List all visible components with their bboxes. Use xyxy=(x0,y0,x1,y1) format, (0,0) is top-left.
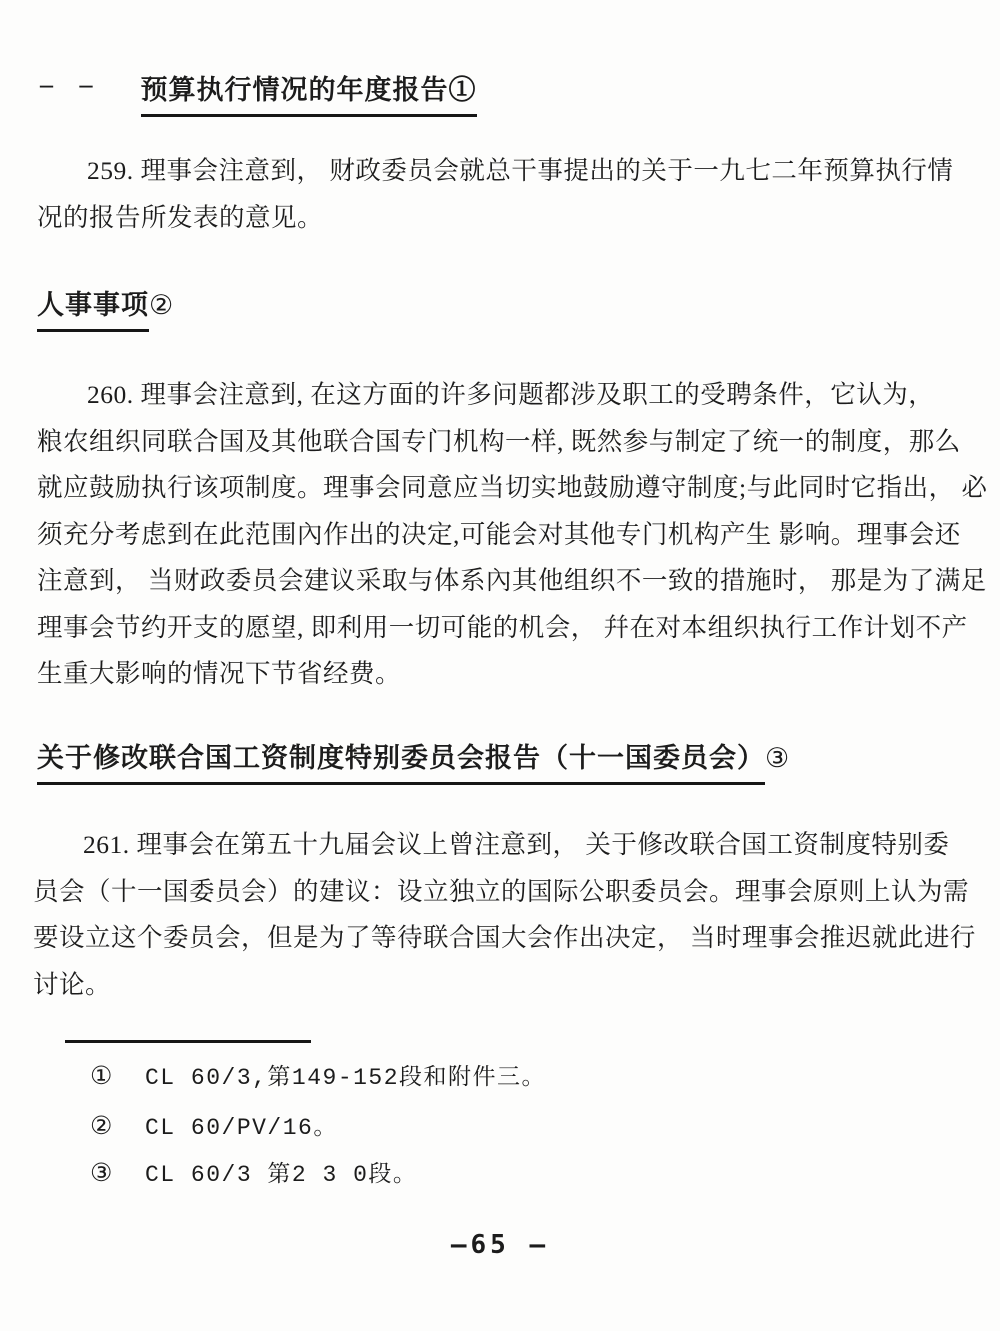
footnote-3: ③CL 60/3 第2 3 0段。 xyxy=(90,1155,417,1188)
paragraph-261: 261. 理事会在第五十九届会议上曾注意到， 关于修改联合国工资制度特别委 员会… xyxy=(33,822,963,1008)
footnote-ref-2: ② xyxy=(149,290,174,320)
paragraph-260: 260. 理事会注意到, 在这方面的许多问题都涉及职工的受聘条件，它认为， 粮农… xyxy=(37,372,967,698)
heading-personnel-title: 人事事项 xyxy=(37,283,149,332)
footnote-ref-3: ③ xyxy=(765,743,790,773)
footnote-1-marker: ① xyxy=(90,1061,145,1091)
heading-salary-title: 关于修改联合国工资制度特别委员会报告（十一国委员会） xyxy=(37,736,765,785)
text-line: 注意到， 当财政委员会建议采取与体系內其他组织不一致的措施时， 那是为了满足 xyxy=(37,558,967,605)
text-line: 生重大影响的情况下节省经费。 xyxy=(37,651,967,698)
footnote-2: ②CL 60/PV/16。 xyxy=(90,1108,338,1141)
heading-budget-report: – –预算执行情况的年度报告① xyxy=(40,68,477,117)
heading-dash-marks: – – xyxy=(40,70,103,100)
paragraph-259: 259. 理事会注意到， 财政委员会就总干事提出的关于一九七二年预算执行情 况的… xyxy=(37,148,967,241)
footnote-1: ①CL 60/3,第149-152段和附件三。 xyxy=(90,1058,546,1091)
text-line: 理事会节约开支的愿望, 即利用一切可能的机会， 幷在对本组织执行工作计划不产 xyxy=(37,605,967,652)
text-line: 员会（十一国委员会）的建议：设立独立的国际公职委员会。理事会原则上认为需 xyxy=(33,869,963,916)
heading-personnel-matters: 人事事项② xyxy=(37,283,174,332)
footnote-2-marker: ② xyxy=(90,1111,145,1141)
document-page: – –预算执行情况的年度报告① 259. 理事会注意到， 财政委员会就总干事提出… xyxy=(0,0,1000,1331)
text-line: 粮农组织同联合国及其他联合国专门机构一样, 既然参与制定了统一的制度，那么 xyxy=(37,419,967,466)
footnote-3-marker: ③ xyxy=(90,1158,145,1188)
text-line: 261. 理事会在第五十九届会议上曾注意到， 关于修改联合国工资制度特别委 xyxy=(33,822,963,869)
text-line: 讨论。 xyxy=(33,962,963,1009)
footnote-3-text: CL 60/3 第2 3 0段。 xyxy=(145,1162,417,1188)
footnote-1-text: CL 60/3,第149-152段和附件三。 xyxy=(145,1065,546,1091)
text-line: 259. 理事会注意到， 财政委员会就总干事提出的关于一九七二年预算执行情 xyxy=(37,148,967,195)
text-line: 就应鼓励执行该项制度。理事会同意应当切实地鼓励遵守制度;与此同时它指出， 必 xyxy=(37,465,967,512)
text-line: 要设立这个委员会，但是为了等待联合国大会作出决定， 当时理事会推迟就此进行 xyxy=(33,915,963,962)
text-line: 260. 理事会注意到, 在这方面的许多问题都涉及职工的受聘条件，它认为， xyxy=(37,372,967,419)
text-line: 须充分考虑到在此范围內作出的决定,可能会对其他专门机构产生 影响。理事会还 xyxy=(37,512,967,559)
page-number: –65 – xyxy=(0,1230,1000,1260)
text-line: 况的报告所发表的意见。 xyxy=(37,195,967,242)
heading-budget-title: 预算执行情况的年度报告① xyxy=(141,68,477,117)
footnote-2-text: CL 60/PV/16。 xyxy=(145,1115,338,1141)
footnote-divider xyxy=(65,1040,311,1043)
heading-salary-committee: 关于修改联合国工资制度特别委员会报告（十一国委员会）③ xyxy=(37,736,790,785)
